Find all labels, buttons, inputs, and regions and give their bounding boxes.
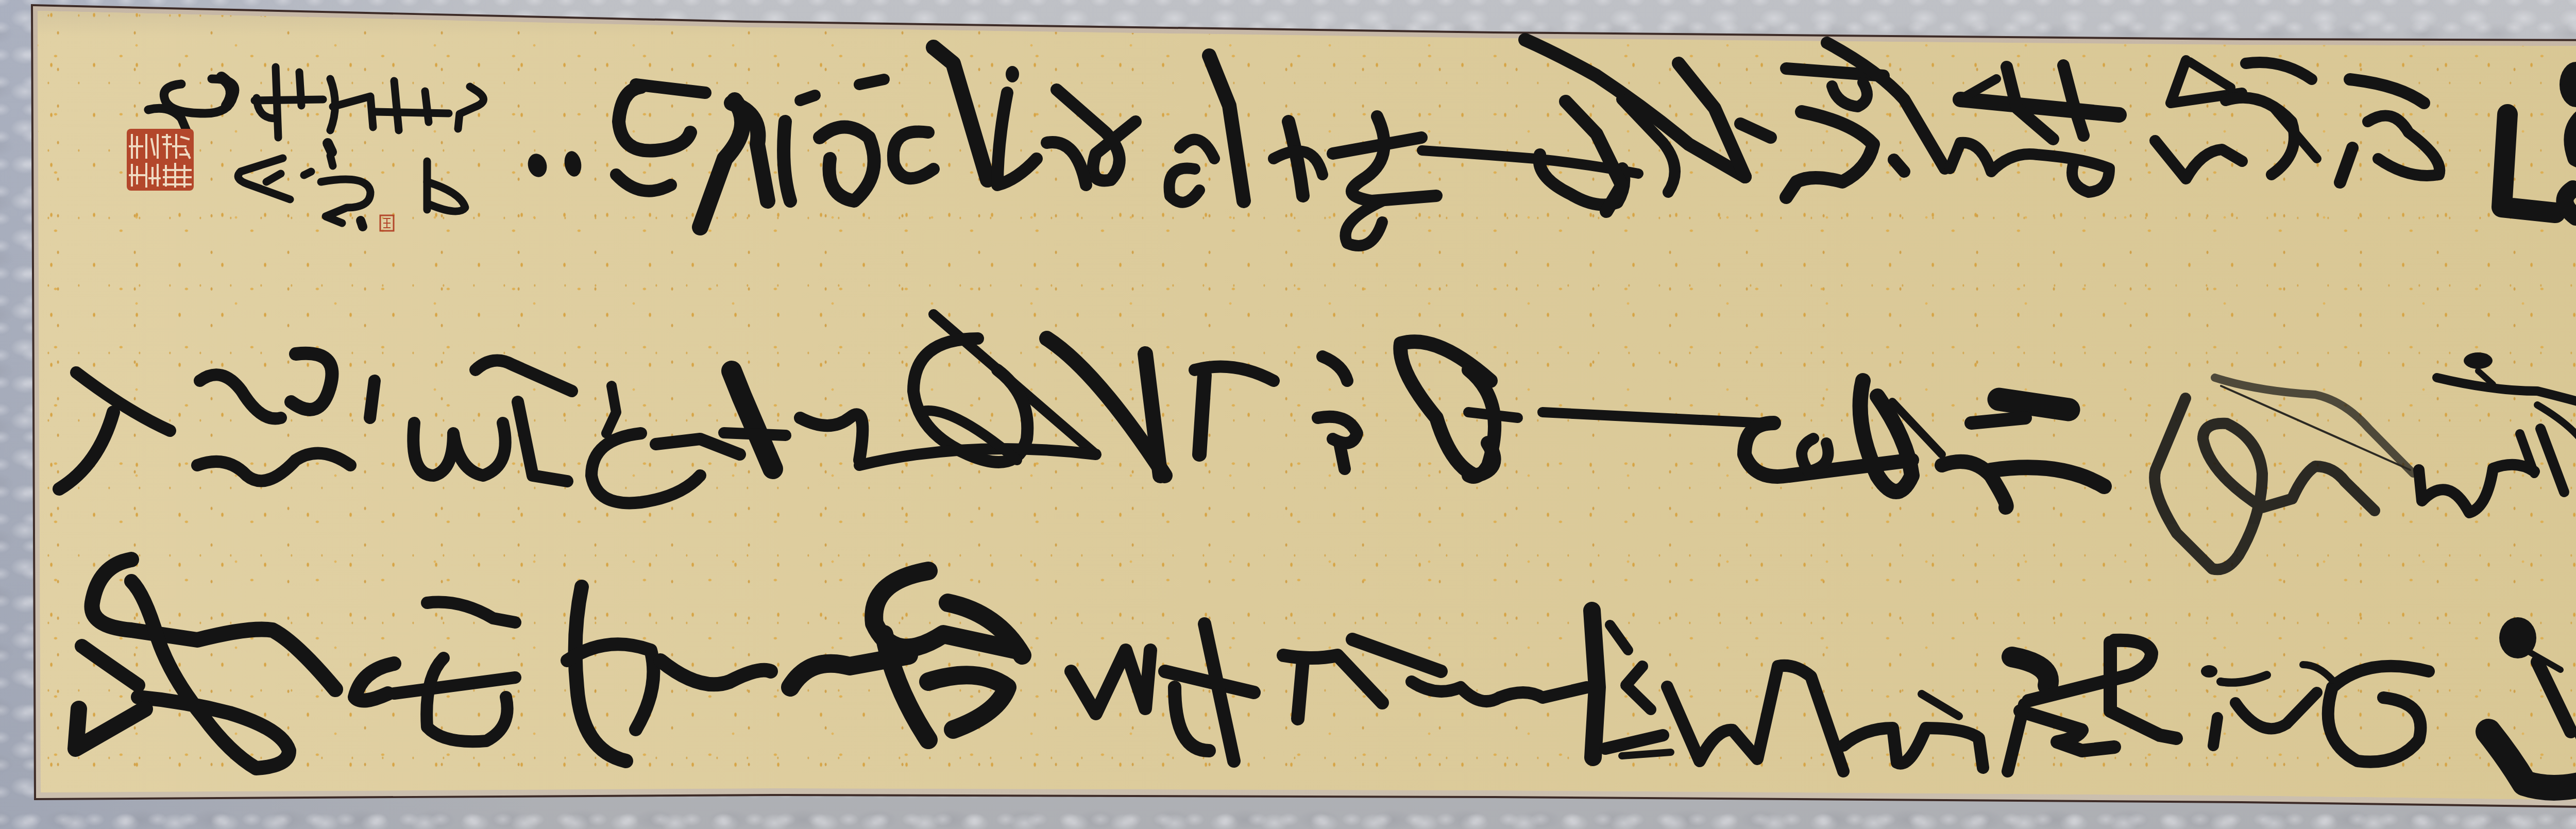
brush-stroke <box>2155 141 2242 179</box>
ink-dot <box>2201 665 2217 678</box>
brush-stroke <box>328 143 332 152</box>
glyph <box>59 373 170 489</box>
brush-stroke <box>1802 438 1828 471</box>
brush-stroke <box>784 122 790 201</box>
brush-stroke <box>1175 687 1209 751</box>
brush-stroke <box>1340 443 1345 469</box>
brush-stroke <box>1843 728 1983 768</box>
brush-stroke <box>222 77 231 106</box>
brush-stroke <box>2063 65 2083 136</box>
brush-stroke <box>476 361 572 391</box>
brush-stroke <box>1412 682 1587 701</box>
brush-stroke <box>1786 112 1873 197</box>
glyph <box>1942 399 2104 507</box>
brush-stroke <box>1298 661 1303 719</box>
brush-stroke <box>800 414 862 460</box>
brush-stroke <box>197 453 350 481</box>
glyph <box>784 79 884 201</box>
brush-stroke <box>1170 168 1199 202</box>
glyph <box>76 560 335 768</box>
glyph <box>2155 60 2242 179</box>
glyph <box>1047 90 1136 185</box>
glyph <box>1318 357 1357 469</box>
brush-stroke <box>2020 711 2114 751</box>
brush-stroke <box>616 175 671 191</box>
brush-stroke <box>458 87 484 129</box>
brush-stroke <box>1346 201 1382 246</box>
brush-stroke <box>518 402 567 481</box>
glyph <box>1744 381 1942 492</box>
brush-stroke <box>2246 62 2312 79</box>
brush-stroke <box>291 353 332 410</box>
brush-stroke <box>1071 650 1150 714</box>
glyph <box>893 47 1037 185</box>
brush-stroke <box>2303 665 2332 680</box>
brush-stroke <box>2340 148 2352 182</box>
brush-stroke <box>636 84 705 93</box>
brush-stroke <box>375 112 449 113</box>
glyph <box>1274 122 1323 196</box>
brush-stroke <box>700 100 742 227</box>
glyph <box>2340 79 2439 182</box>
glyph <box>2008 640 2176 771</box>
text-row-top <box>526 40 2576 246</box>
brush-stroke <box>2565 114 2576 217</box>
brush-stroke <box>1057 90 1136 180</box>
brush-stroke <box>1605 735 1663 749</box>
glyph <box>1071 624 1254 761</box>
brush-stroke <box>2213 718 2217 746</box>
brush-stroke <box>394 81 399 130</box>
brush-stroke <box>928 675 1007 730</box>
brush-stroke <box>266 174 281 182</box>
brush-stroke <box>1289 122 1303 196</box>
brush-stroke <box>2008 704 2024 771</box>
brush-stroke <box>1323 357 1347 381</box>
brush-stroke <box>2012 657 2048 685</box>
small-inscription-seal <box>380 215 394 231</box>
brush-stroke <box>427 182 465 211</box>
brush-stroke <box>800 95 815 100</box>
brush-stroke <box>1960 99 2119 115</box>
brush-stroke <box>606 386 616 433</box>
brush-stroke <box>2437 378 2576 408</box>
brush-stroke <box>1180 140 1214 159</box>
brush-stroke <box>619 87 690 151</box>
seal-glyph-stroke <box>383 218 391 228</box>
glyph <box>1412 611 1671 757</box>
brush-stroke <box>330 156 333 166</box>
brush-stroke <box>934 47 988 180</box>
glyph <box>2488 612 2576 788</box>
brush-stroke <box>2502 114 2555 213</box>
brush-stroke <box>2110 642 2176 738</box>
glyph <box>197 353 350 481</box>
brush-stroke <box>1333 138 1421 154</box>
brush-stroke <box>1991 467 2104 486</box>
glyph <box>1400 342 1518 477</box>
ink-dot <box>526 151 550 179</box>
brush-stroke <box>859 79 884 84</box>
brush-stroke <box>1894 160 1904 172</box>
brush-stroke <box>1950 143 2109 192</box>
glyph <box>1170 56 1244 202</box>
brush-stroke <box>1832 82 1867 107</box>
brush-stroke <box>1468 370 1495 477</box>
brush-stroke <box>321 179 370 223</box>
brush-stroke <box>82 646 138 685</box>
brush-stroke <box>1199 375 1205 454</box>
brush-stroke <box>299 72 301 106</box>
brush-stroke <box>997 93 1037 185</box>
brush-stroke <box>1999 399 2069 410</box>
brush-stroke <box>893 132 934 179</box>
glyph <box>2419 352 2576 513</box>
brush-stroke <box>2488 732 2576 788</box>
brush-stroke <box>2540 429 2564 492</box>
calligraphy-scroll-photo: Photograph of a Chinese cursive-script (… <box>0 0 2576 829</box>
glyph <box>1950 65 2119 192</box>
ink-calligraphy-layer: Photograph of a Chinese cursive-script (… <box>0 0 2576 829</box>
glyph <box>370 361 572 481</box>
text-row-middle <box>59 314 2576 569</box>
ink-dot <box>2464 352 2493 369</box>
brush-stroke <box>131 581 289 768</box>
brush-stroke <box>304 172 311 175</box>
long-horizontal-stroke <box>1543 412 1764 423</box>
brush-stroke <box>1352 639 1441 671</box>
brush-stroke <box>413 423 505 476</box>
glyph <box>2201 665 2317 746</box>
brush-stroke <box>59 412 113 489</box>
glyph <box>1786 43 1945 197</box>
large-name-seal <box>127 129 194 191</box>
brush-stroke <box>1047 142 1086 185</box>
brush-stroke <box>2350 79 2424 103</box>
brush-stroke <box>2235 692 2317 729</box>
brush-stroke <box>2368 115 2439 176</box>
brush-stroke <box>425 91 429 122</box>
brush-stroke <box>1922 694 1959 716</box>
ink-dot <box>1006 66 1019 82</box>
brush-stroke <box>276 67 278 138</box>
inscription-line-2 <box>238 143 465 227</box>
brush-stroke <box>1209 56 1244 201</box>
brush-stroke <box>1667 666 1843 771</box>
brush-stroke <box>820 127 874 201</box>
brush-stroke <box>255 99 323 100</box>
glyph <box>1333 116 1436 246</box>
brush-stroke <box>1592 611 1597 757</box>
glyph <box>790 571 1022 740</box>
ink-dot <box>563 150 583 178</box>
glyph <box>1525 40 1771 211</box>
glyph <box>2155 378 2413 569</box>
glyph <box>616 84 768 227</box>
text-row-bottom <box>76 560 2576 788</box>
brush-stroke <box>1610 625 1628 650</box>
glyph <box>355 602 515 742</box>
brush-stroke <box>370 381 375 418</box>
brush-stroke <box>361 221 363 227</box>
ink-strokes <box>59 40 2576 788</box>
glyph <box>1667 666 1983 771</box>
glyph <box>567 587 771 761</box>
brush-stroke <box>1860 381 1912 492</box>
inscription-line-1 <box>148 67 484 138</box>
glyph <box>2502 62 2576 217</box>
dry-brush-stroke <box>2155 398 2375 569</box>
brush-stroke <box>1352 116 1436 201</box>
brush-stroke <box>1622 752 1671 756</box>
brush-stroke <box>2221 675 2267 683</box>
brush-stroke <box>724 433 786 435</box>
brush-stroke <box>427 602 515 622</box>
brush-stroke <box>394 678 515 693</box>
brush-stroke <box>1468 412 1518 418</box>
brush-stroke <box>656 439 740 454</box>
brush-stroke <box>2537 662 2571 732</box>
brush-stroke <box>76 709 145 749</box>
brush-stroke <box>2419 465 2534 513</box>
brush-stroke <box>200 375 281 418</box>
brush-stroke <box>2328 666 2429 762</box>
brush-stroke <box>1626 666 1651 709</box>
ink-dot <box>2560 62 2576 107</box>
glyph <box>2303 665 2429 762</box>
brush-stroke <box>427 658 507 741</box>
glyph <box>591 371 786 503</box>
brush-stroke <box>2190 62 2231 88</box>
brush-stroke <box>660 661 771 684</box>
brush-stroke <box>1740 124 1771 138</box>
brush-stroke <box>76 373 170 431</box>
brush-stroke <box>1971 418 2025 423</box>
brush-stroke <box>575 587 626 761</box>
